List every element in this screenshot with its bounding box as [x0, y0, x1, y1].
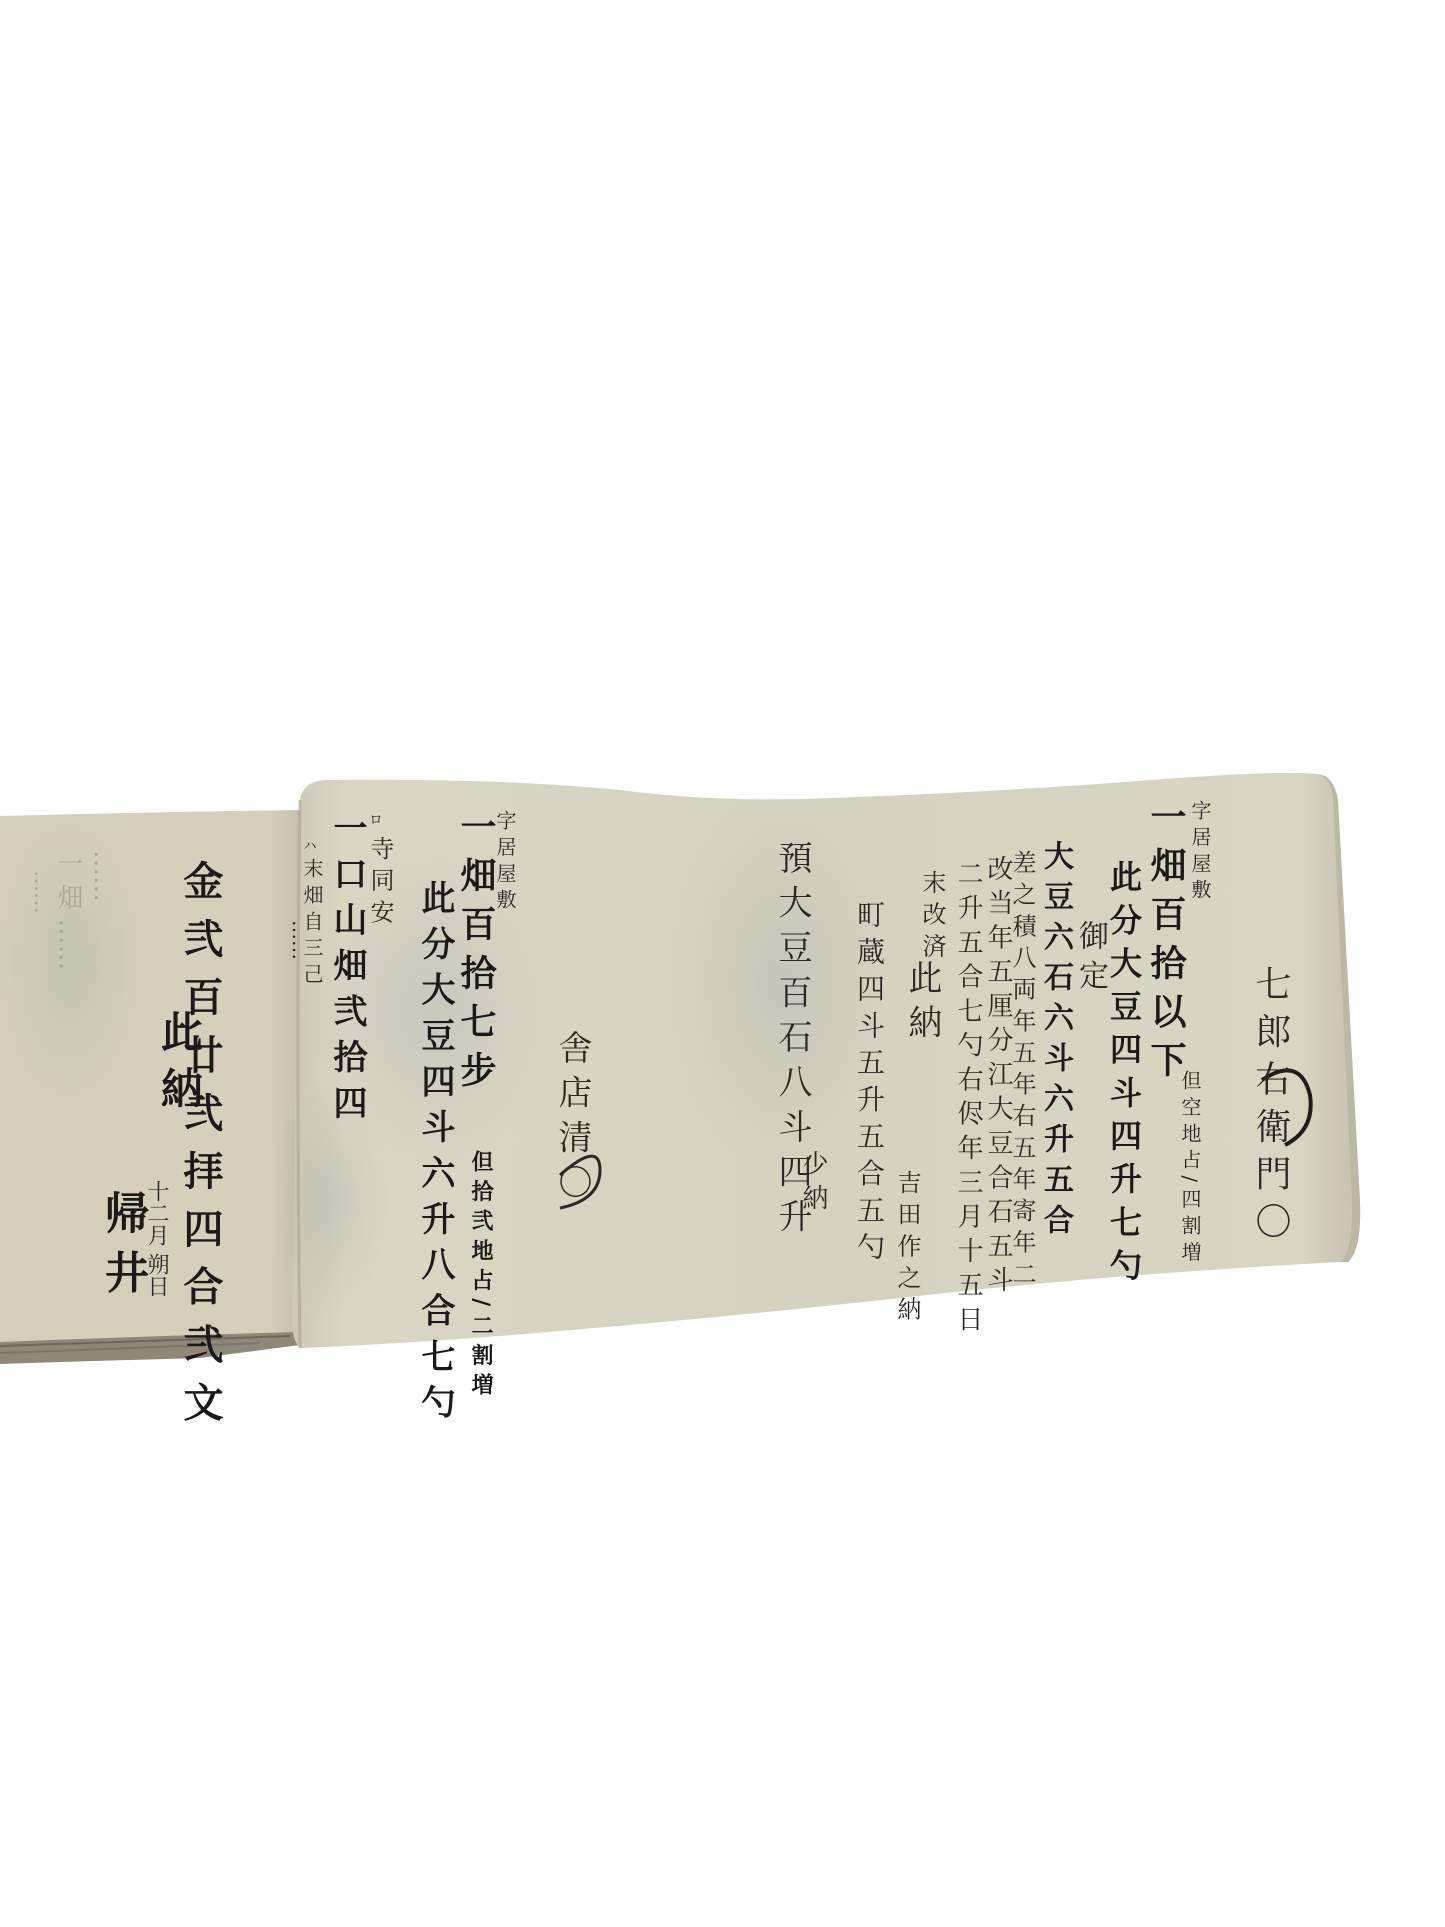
entry-label: ロ [368, 812, 382, 826]
entry-label: ハ [302, 838, 316, 852]
entry-note: 但 空 地 占 / 四 割 増 [1180, 1070, 1200, 1261]
entry-text: 末 改 済 [920, 870, 944, 957]
entry-header: 字 居 屋 敷 [495, 810, 515, 909]
left-sub-column: 此 納 [158, 1010, 200, 1109]
entry-text: 大 豆 六 石 六 斗 六 升 五 合 [1040, 840, 1070, 1234]
entry-text: 一 口 山 畑 弐 拾 四 [330, 810, 364, 1119]
entry-text: 差 之 積 八 両 年 五 年 右 五 年 寄 年 二 [1010, 850, 1034, 1285]
bleedthrough-text-1: 一 畑 …… [55, 850, 81, 971]
signature: 七 郎 右 衛 門 〇 [1252, 965, 1288, 1238]
entry-text: 御 定 [1075, 920, 1105, 990]
entry-note: 但 拾 弐 地 占 / 二 割 増 [470, 1150, 492, 1395]
bleedthrough-text-2: …… [90, 850, 116, 902]
entry-text: 寺 同 安 [368, 836, 392, 923]
entry-text: …… [290, 920, 310, 960]
entry-text: 町 蔵 四 斗 五 升 五 合 五 勺 [855, 900, 883, 1260]
entry-text: 此 分 大 豆 四 斗 四 升 七 勺 [1108, 860, 1140, 1280]
entry-text: 吉 田 作 之 納 [895, 1170, 919, 1321]
bleedthrough-text-3: …… [30, 870, 52, 914]
entry-text: 一 畑 百 拾 七 步 [458, 808, 494, 1087]
entry-text: 一 畑 百 拾 以 下 [1148, 798, 1184, 1077]
entry-text: 二 升 五 合 七 勺 右 侭 年 三 月 十 五 日 [955, 860, 981, 1331]
signature: 舎 店 清 〇 [555, 1030, 589, 1198]
entry-text: 此 納 [905, 960, 939, 1039]
entry-header: 字 居 屋 敷 [1190, 800, 1210, 899]
left-main-column: 金 弐 百 廿 弐 拝 四 合 弐 文 [180, 860, 220, 1423]
left-date: 十二月 朔日 [145, 1180, 167, 1297]
entry-text: 少 納 [800, 1150, 826, 1210]
entry-text: 此 分 大 豆 四 斗 六 升 八 合 七 勺 [418, 880, 452, 1418]
left-seal-name: 帰 井 [100, 1190, 144, 1293]
